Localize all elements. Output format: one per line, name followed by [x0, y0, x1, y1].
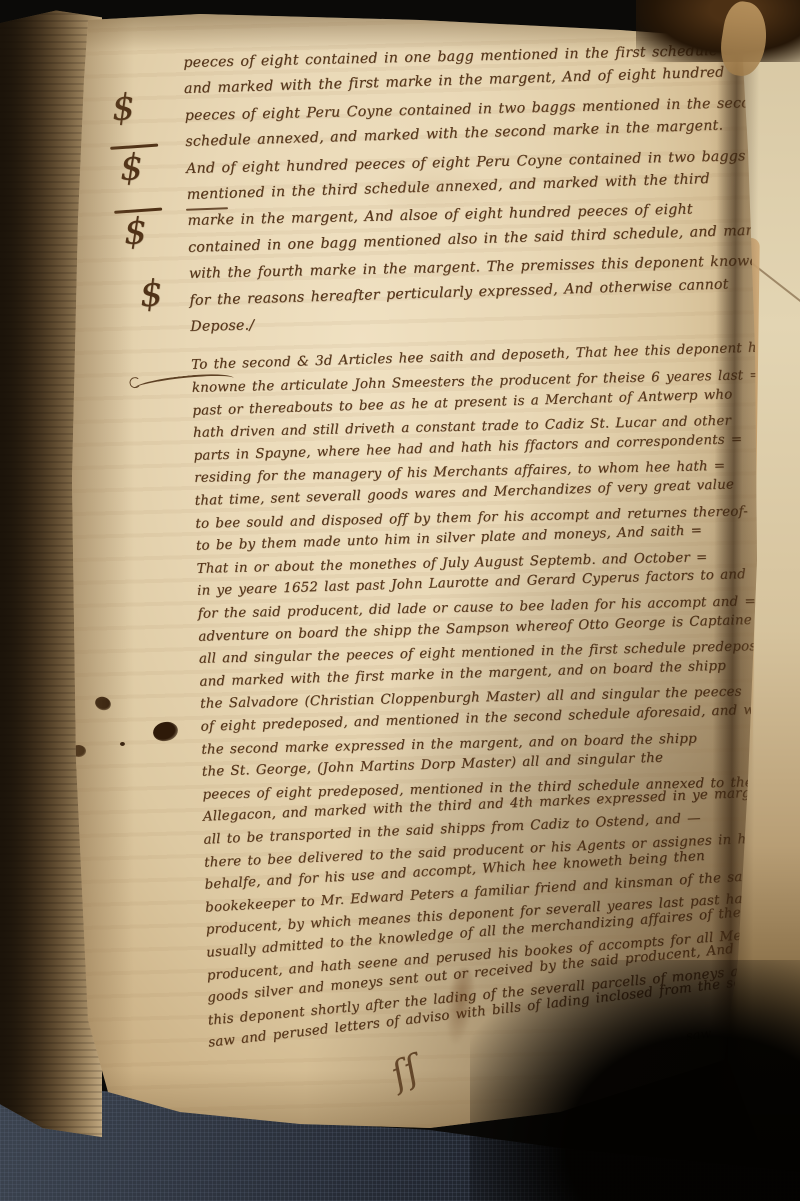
dollar-mark-glyph: $: [138, 273, 164, 315]
ink-blot: [93, 695, 112, 713]
foxing-stain: [370, 160, 490, 220]
dollar-mark-glyph: $: [123, 211, 147, 253]
merchant-mark-4: $: [138, 269, 182, 324]
dollar-mark-glyph: $: [119, 147, 143, 189]
scribal-flourish: ſſ: [385, 1048, 425, 1096]
binding-shadow: [636, 0, 800, 62]
manuscript-photo: $ $ $ $ peeces of eight contained in one…: [0, 0, 800, 1201]
merchant-mark-3: $: [123, 207, 165, 260]
page-gutter-shadow: [710, 18, 759, 1090]
corner-shadow: [470, 960, 800, 1201]
merchant-mark-2: $: [119, 143, 161, 196]
ink-speck: [120, 742, 125, 746]
ink-blot: [151, 720, 179, 744]
merchant-mark-1: $: [111, 83, 154, 137]
dollar-mark-glyph: $: [111, 87, 136, 129]
